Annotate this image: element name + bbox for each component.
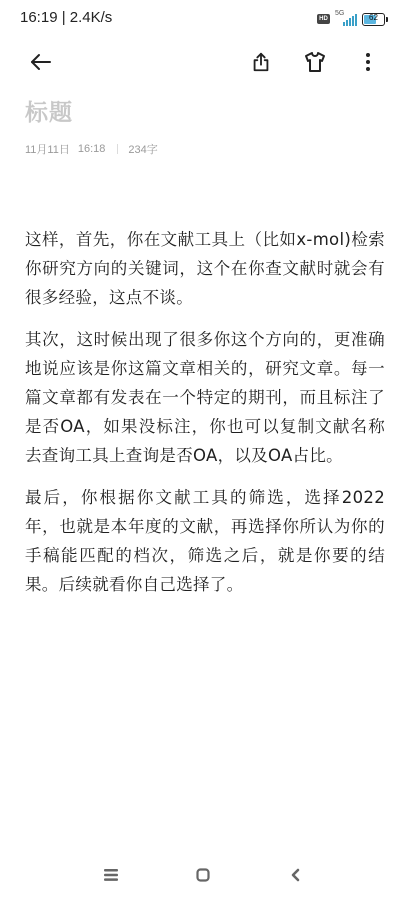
back-button[interactable]	[27, 48, 55, 76]
more-vertical-icon	[356, 50, 380, 74]
note-time: 16:18	[78, 143, 106, 155]
share-button[interactable]	[247, 48, 275, 76]
note-paragraph: 最后，你根据你文献工具的筛选，选择2022年，也就是本年度的文献，再选择你所认为…	[25, 483, 385, 599]
note-meta: 11月11日 16:18 234字	[25, 141, 158, 157]
status-time-speed: 16:19 | 2.4K/s	[20, 9, 112, 26]
battery-level: 62	[363, 13, 384, 22]
more-options-button[interactable]	[354, 48, 382, 76]
battery-icon: 62	[362, 13, 385, 26]
recent-apps-button[interactable]	[99, 865, 123, 885]
note-paragraph: 这样，首先，你在文献工具上（比如x-mol)检索你研究方向的关键词，这个在你查文…	[25, 225, 385, 312]
note-char-count: 234字	[128, 141, 157, 157]
system-nav-bar	[0, 850, 405, 900]
note-paragraph: 其次，这时候出现了很多你这个方向的，更准确地说应该是你这篇文章相关的，研究文章。…	[25, 325, 385, 470]
meta-divider	[117, 144, 118, 154]
menu-icon	[104, 869, 118, 881]
tshirt-icon	[303, 50, 327, 74]
note-body-editor[interactable]: 这样，首先，你在文献工具上（比如x-mol)检索你研究方向的关键词，这个在你查文…	[25, 225, 385, 612]
theme-button[interactable]	[301, 48, 329, 76]
home-square-icon	[196, 868, 210, 882]
note-toolbar	[0, 42, 405, 82]
share-icon	[250, 51, 272, 73]
hd-icon: HD	[317, 14, 330, 24]
arrow-left-icon	[29, 50, 53, 74]
nav-back-button[interactable]	[284, 865, 308, 885]
status-bar: 16:19 | 2.4K/s HD 5G 62	[0, 0, 405, 38]
note-date: 11月11日	[25, 141, 70, 157]
home-button[interactable]	[191, 865, 215, 885]
note-title-field[interactable]: 标题	[25, 94, 73, 127]
status-icons: HD 5G 62	[317, 12, 385, 26]
chevron-left-icon	[291, 868, 301, 882]
signal-icon: 5G	[335, 12, 357, 26]
